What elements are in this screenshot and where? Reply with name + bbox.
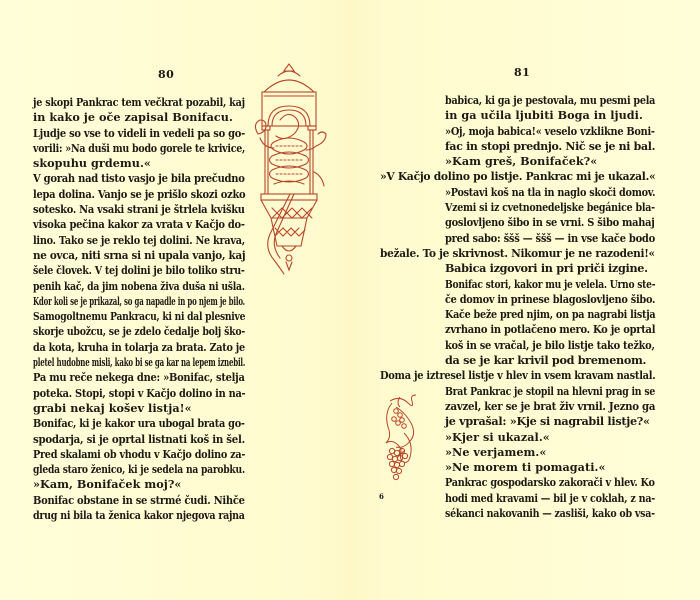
text-line: sékanci nakovanih — zasliši, kako ob vsa… xyxy=(445,506,623,521)
text-line: Pankrac gospodarsko zakorači v hlev. Ko xyxy=(445,475,626,490)
text-line: grabi nekaj košev listja!« xyxy=(33,401,245,416)
text-line: Ljudje so vse to videli in vedeli pa so … xyxy=(33,126,220,141)
text-line: Doma je iztresel listje v hlev in vsem k… xyxy=(380,368,622,383)
text-line: V gorah nad tisto vasjo je bila prečudno xyxy=(33,171,222,186)
text-line: zavzel, ker se je brat živ vrnil. Jezno … xyxy=(445,399,636,414)
text-line: Vzemi si iz cvetnonedeljske begánice bla… xyxy=(445,200,623,215)
text-line: in kako je oče zapisal Bonifacu. xyxy=(33,110,245,125)
text-line: Brat Pankrac je stopil na hlevni prag in… xyxy=(445,384,620,399)
text-line: gleda staro ženico, ki je sedela na paro… xyxy=(33,462,207,477)
text-line: zvrhano in potlačeno mero. Ko je oprtal xyxy=(445,322,631,337)
text-line: »Postavi koš na tla in naglo skoči domov… xyxy=(445,185,626,200)
text-line: je skopi Pankrac tem večkrat pozabil, ka… xyxy=(33,95,216,110)
text-line: Bonifac stori, kakor mu je velela. Urno … xyxy=(445,277,617,292)
text-line: Kdor koli se je prikazal, so ga napadle … xyxy=(33,294,166,309)
text-line: je vprašal: »Kje si nagrabil listje?« xyxy=(445,414,655,429)
text-line: »Kam, Bonifaček moj?« xyxy=(33,477,245,492)
text-line: »Kam greš, Bonifaček?« xyxy=(445,154,655,169)
text-line: vorili: »Na duši mu bodo gorele te krivi… xyxy=(33,141,212,156)
book-spread: 80 je skopi Pankrac tem večkrat pozabil,… xyxy=(0,0,700,600)
text-line: drug ni bila ta ženica kakor njegova raj… xyxy=(33,508,213,523)
text-line: fac in stopi prednjo. Nič se je ni bal. xyxy=(445,139,650,154)
text-line: spodarja, si je oprtal listnati koš in š… xyxy=(33,432,227,447)
text-line: lepa dolina. Vanjo se je prišlo skozi oz… xyxy=(33,187,220,202)
text-line: skorje ubožcu, se je zdelo čedalje bolj … xyxy=(33,324,211,339)
text-line: Bonifac obstane in se strmé čudi. Nihče xyxy=(33,493,221,508)
text-line: »Oj, moja babica!« veselo vzklikne Boni- xyxy=(445,124,628,139)
text-line: Kače beže pred njim, on pa nagrabi listj… xyxy=(445,307,625,322)
text-line: Samogoltnemu Pankracu, ki ni dal plesniv… xyxy=(33,309,206,324)
lantern-snake-icon xyxy=(250,62,328,280)
text-line: »V Kačjo dolino po listje. Pankrac mi je… xyxy=(380,169,644,184)
text-line: koš in se vračal, je bilo listje tako te… xyxy=(445,338,630,353)
text-line: Bonifac, ki je kakor ura ubogal brata go… xyxy=(33,416,217,431)
text-line: lino. Tako se je reklo tej dolini. Ne kr… xyxy=(33,233,216,248)
text-line: da se je kar krivil pod bremenom. xyxy=(445,353,655,368)
grape-vine-icon xyxy=(382,393,420,485)
text-line: Pa mu reče nekega dne: »Bonifac, stelja xyxy=(33,370,220,385)
right-page-text: babica, ki ga je pestovala, mu pesmi pel… xyxy=(380,93,655,521)
text-line: če domov in prinese blagoslovljeno šibo. xyxy=(445,292,628,307)
text-line: penih kač, da jim nobena živa duša ni uš… xyxy=(33,279,208,294)
page-number-left: 80 xyxy=(158,68,174,81)
text-line: babica, ki ga je pestovala, mu pesmi pel… xyxy=(445,93,625,108)
text-line: ne ovca, niti srna si ni upala vanjo, ka… xyxy=(33,248,229,263)
text-line: »Ne morem ti pomagati.« xyxy=(445,460,655,475)
text-line: goslovljeno šibo in se vrni. S šibo maha… xyxy=(445,215,630,230)
text-line: visoka pečina kakor za vrata v Kačjo do- xyxy=(33,217,220,232)
page-number-right: 81 xyxy=(514,66,530,79)
text-line: skopuhu grdemu.« xyxy=(33,156,245,171)
text-line: Pred skalami ob vhodu v Kačjo dolino za- xyxy=(33,447,216,462)
text-line: poteka. Stopi, stopi v Kačjo dolino in n… xyxy=(33,386,219,401)
text-line: Babica izgovori in pri priči izgine. xyxy=(445,261,655,276)
left-page-text: je skopi Pankrac tem večkrat pozabil, ka… xyxy=(33,95,245,523)
text-line: da kota, kruha in tolarja za brata. Zato… xyxy=(33,340,216,355)
text-line: sotesko. Na vsaki strani je štrlela kviš… xyxy=(33,202,219,217)
text-line: šele človek. V tej dolini je bilo toliko… xyxy=(33,263,213,278)
text-line: pletel hudobne misli, kako bi se ga kar … xyxy=(33,355,166,370)
text-line: pred sabo: ššš — ššš — in vse kače bodo xyxy=(445,231,631,246)
text-line: hodi med kravami — bil je v coklah, z na… xyxy=(445,491,625,506)
text-line: bežale. To je skrivnost. Nikomur je ne r… xyxy=(380,246,639,261)
text-line: »Kjer si ukazal.« xyxy=(445,430,655,445)
signature-mark: 6 xyxy=(379,492,384,501)
text-line: in ga učila ljubiti Boga in ljudi. xyxy=(445,108,655,123)
text-line: »Ne verjamem.« xyxy=(445,445,655,460)
